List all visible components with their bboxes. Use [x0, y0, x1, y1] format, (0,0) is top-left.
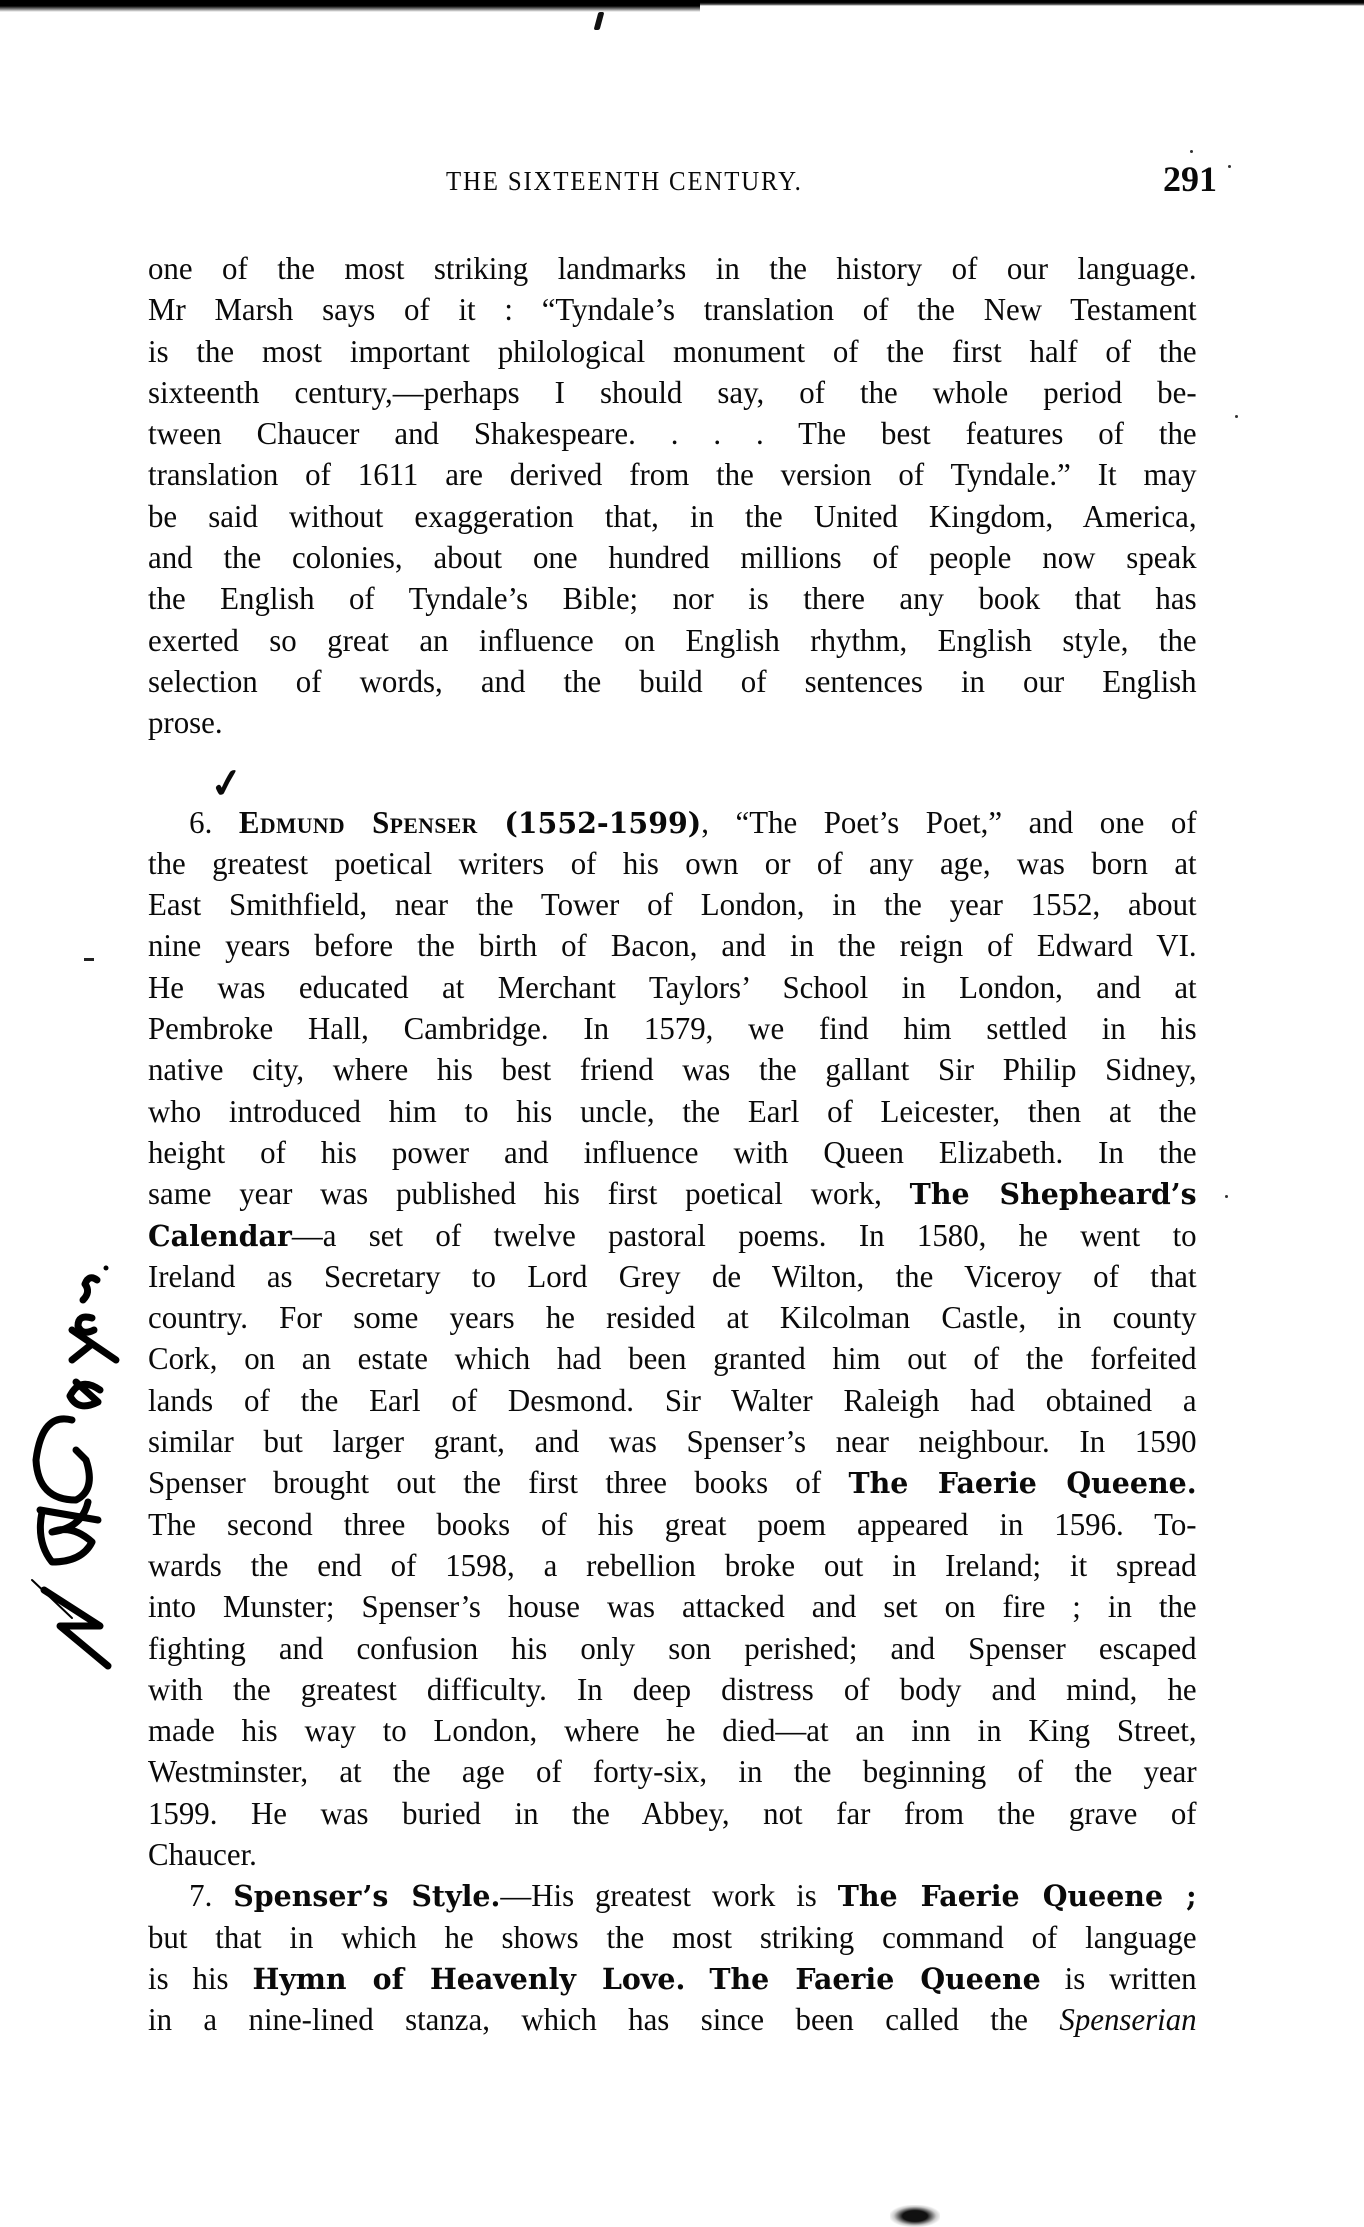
- page-top-edge-shadow-left: [0, 0, 700, 12]
- speck: [1228, 165, 1231, 168]
- page-number: 291: [1163, 158, 1217, 200]
- text-line: He was educated at Merchant Taylors’ Sch…: [148, 967, 1197, 1008]
- text-line: country. For some years he resided at Ki…: [148, 1297, 1197, 1338]
- text-line: East Smithfield, near the Tower of Londo…: [148, 884, 1197, 925]
- text-span: same year was published his first poetic…: [148, 1176, 910, 1211]
- text-line: Westminster, at the age of forty-six, in…: [148, 1751, 1197, 1792]
- text-line: wards the end of 1598, a rebellion broke…: [148, 1545, 1197, 1586]
- text-line: with the greatest difficulty. In deep di…: [148, 1669, 1197, 1710]
- section-title: Spenser’s Style.: [233, 1879, 500, 1913]
- text-line: translation of 1611 are derived from the…: [148, 454, 1197, 495]
- text-span: is his: [148, 1961, 252, 1996]
- text-span: ;: [1163, 1879, 1197, 1913]
- margin-dash-mark: [84, 958, 94, 961]
- text-line: sixteenth century,—perhaps I should say,…: [148, 372, 1197, 413]
- text-line: and the colonies, about one hundred mill…: [148, 537, 1197, 578]
- text-line: nine years before the birth of Bacon, an…: [148, 925, 1197, 966]
- section-number: 6.: [189, 805, 212, 840]
- text-line: 1599. He was buried in the Abbey, not fa…: [148, 1793, 1197, 1834]
- text-line: The second three books of his great poem…: [148, 1504, 1197, 1545]
- section-intro: , “The Poet’s Poet,” and one of: [701, 805, 1196, 840]
- work-title: The Faerie Queene: [709, 1962, 1040, 1996]
- speck: [1225, 1195, 1228, 1198]
- page-body: one of the most striking landmarks in th…: [148, 248, 1218, 2040]
- text-line: Pembroke Hall, Cambridge. In 1579, we fi…: [148, 1008, 1197, 1049]
- ink-mark: [594, 12, 605, 30]
- ink-smudge: [890, 2205, 940, 2227]
- section-gap: [148, 744, 1218, 802]
- section-number: 7.: [189, 1878, 212, 1913]
- text-line: into Munster; Spenser’s house was attack…: [148, 1586, 1197, 1627]
- work-title: The Faerie Queene.: [848, 1466, 1196, 1500]
- text-span: —His greatest work is: [500, 1878, 837, 1913]
- work-title: Hymn of Heavenly Love.: [252, 1962, 685, 1996]
- handwritten-signature: W B Gates: [22, 1260, 132, 1680]
- speck: [1190, 150, 1193, 153]
- work-title: The Faerie Queene: [838, 1879, 1163, 1913]
- text-line: height of his power and influence with Q…: [148, 1132, 1197, 1173]
- italic-term: Spenserian: [1059, 2002, 1196, 2037]
- text-line: native city, where his best friend was t…: [148, 1049, 1197, 1090]
- text-span: is written: [1041, 1961, 1197, 1996]
- section-6-heading-line: 6. Edmund Spenser (1552-1599), “The Poet…: [148, 802, 1197, 843]
- text-line: exerted so great an influence on English…: [148, 620, 1197, 661]
- text-span: —a set of twelve pastoral poems. In 1580…: [292, 1218, 1197, 1253]
- section-title: Edmund Spenser: [239, 805, 478, 840]
- text-line: made his way to London, where he died—at…: [148, 1710, 1197, 1751]
- text-line: is his Hymn of Heavenly Love. The Faerie…: [148, 1958, 1197, 1999]
- text-line: Ireland as Secretary to Lord Grey de Wil…: [148, 1256, 1197, 1297]
- text-line: be said without exaggeration that, in th…: [148, 496, 1197, 537]
- section-dates: (1552-1599): [504, 806, 701, 840]
- text-line: Cork, on an estate which had been grante…: [148, 1338, 1197, 1379]
- text-line: the English of Tyndale’s Bible; nor is t…: [148, 578, 1197, 619]
- text-span: Spenser brought out the first three book…: [148, 1465, 848, 1500]
- text-span: in a nine-lined stanza, which has since …: [148, 2002, 1059, 2037]
- text-line: tween Chaucer and Shakespeare. . . . The…: [148, 413, 1197, 454]
- text-line: similar but larger grant, and was Spense…: [148, 1421, 1197, 1462]
- text-line: same year was published his first poetic…: [148, 1173, 1197, 1214]
- text-line: prose.: [148, 702, 1197, 743]
- text-line: the greatest poetical writers of his own…: [148, 843, 1197, 884]
- text-line: Mr Marsh says of it : “Tyndale’s transla…: [148, 289, 1197, 330]
- text-span: [685, 1961, 709, 1996]
- running-head: THE SIXTEENTH CENTURY.: [446, 166, 803, 197]
- text-line: in a nine-lined stanza, which has since …: [148, 1999, 1197, 2040]
- text-line: selection of words, and the build of sen…: [148, 661, 1197, 702]
- work-title: The Shepheard’s: [910, 1177, 1197, 1211]
- text-line: lands of the Earl of Desmond. Sir Walter…: [148, 1380, 1197, 1421]
- text-line: one of the most striking landmarks in th…: [148, 248, 1197, 289]
- text-line: Spenser brought out the first three book…: [148, 1462, 1197, 1503]
- text-line: Chaucer.: [148, 1834, 1197, 1875]
- work-title: Calendar: [148, 1219, 292, 1253]
- text-line: but that in which he shows the most stri…: [148, 1917, 1197, 1958]
- text-line: who introduced him to his uncle, the Ear…: [148, 1091, 1197, 1132]
- text-line: fighting and confusion his only son peri…: [148, 1628, 1197, 1669]
- speck: [1235, 415, 1238, 418]
- section-7-heading-line: 7. Spenser’s Style.—His greatest work is…: [148, 1875, 1197, 1916]
- text-line: is the most important philological monum…: [148, 331, 1197, 372]
- text-line: Calendar—a set of twelve pastoral poems.…: [148, 1215, 1197, 1256]
